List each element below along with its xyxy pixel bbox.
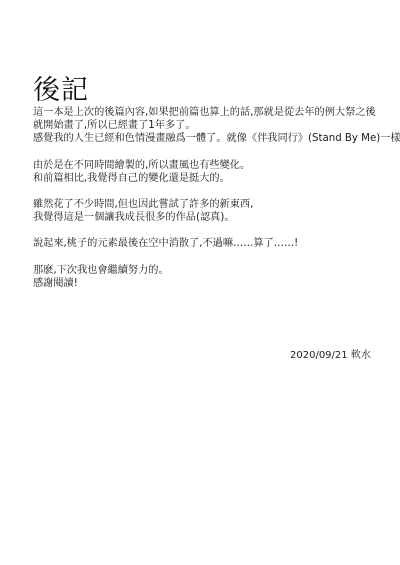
text-line: 由於是在不同時間繪製的,所以畫風也有些變化。 xyxy=(33,159,393,172)
text-line: 說起來,桃子的元素最後在空中消散了,不過嘛……算了……! xyxy=(33,237,393,250)
text-line: 那麽,下次我也會繼續努力的。 xyxy=(33,264,393,277)
text-line: 雖然花了不少時間,但也因此嘗試了許多的新東西, xyxy=(33,198,393,211)
paragraph-1: 這一本是上次的後篇內容,如果把前篇也算上的話,那就是從去年的例大祭之後 就開始畫… xyxy=(33,106,393,146)
paragraph-4: 說起來,桃子的元素最後在空中消散了,不過嘛……算了……! xyxy=(33,237,393,250)
text-line: 感謝閱讀! xyxy=(33,277,393,290)
text-line: 這一本是上次的後篇內容,如果把前篇也算上的話,那就是從去年的例大祭之後 xyxy=(33,106,393,119)
afterword-body: 這一本是上次的後篇內容,如果把前篇也算上的話,那就是從去年的例大祭之後 就開始畫… xyxy=(33,106,393,303)
text-line: 就開始畫了,所以已經畫了1年多了。 xyxy=(33,119,393,132)
paragraph-2: 由於是在不同時間繪製的,所以畫風也有些變化。 和前篇相比,我覺得自己的變化還是挺… xyxy=(33,159,393,185)
paragraph-3: 雖然花了不少時間,但也因此嘗試了許多的新東西, 我覺得這是一個讓我成長很多的作品… xyxy=(33,198,393,224)
text-line: 感覺我的人生已經和色情漫畫融爲一體了。就像《伴我同行》(Stand By Me)… xyxy=(33,132,393,145)
signature-date-author: 2020/09/21 軟水 xyxy=(290,346,371,361)
text-line: 和前篇相比,我覺得自己的變化還是挺大的。 xyxy=(33,172,393,185)
paragraph-5: 那麽,下次我也會繼續努力的。 感謝閱讀! xyxy=(33,264,393,290)
text-line: 我覺得這是一個讓我成長很多的作品(認真)。 xyxy=(33,211,393,224)
page-title: 後記 xyxy=(33,68,89,107)
